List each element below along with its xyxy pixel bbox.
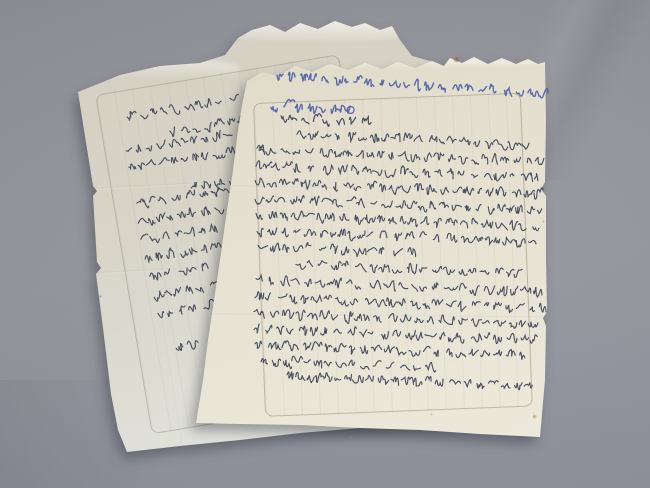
right-letter-sheet-wrap <box>0 0 650 488</box>
letter-photograph <box>0 0 650 488</box>
torn-edge-highlight <box>250 56 548 69</box>
right-letter-sheet <box>0 0 650 488</box>
printed-border-frame-right <box>253 93 533 417</box>
